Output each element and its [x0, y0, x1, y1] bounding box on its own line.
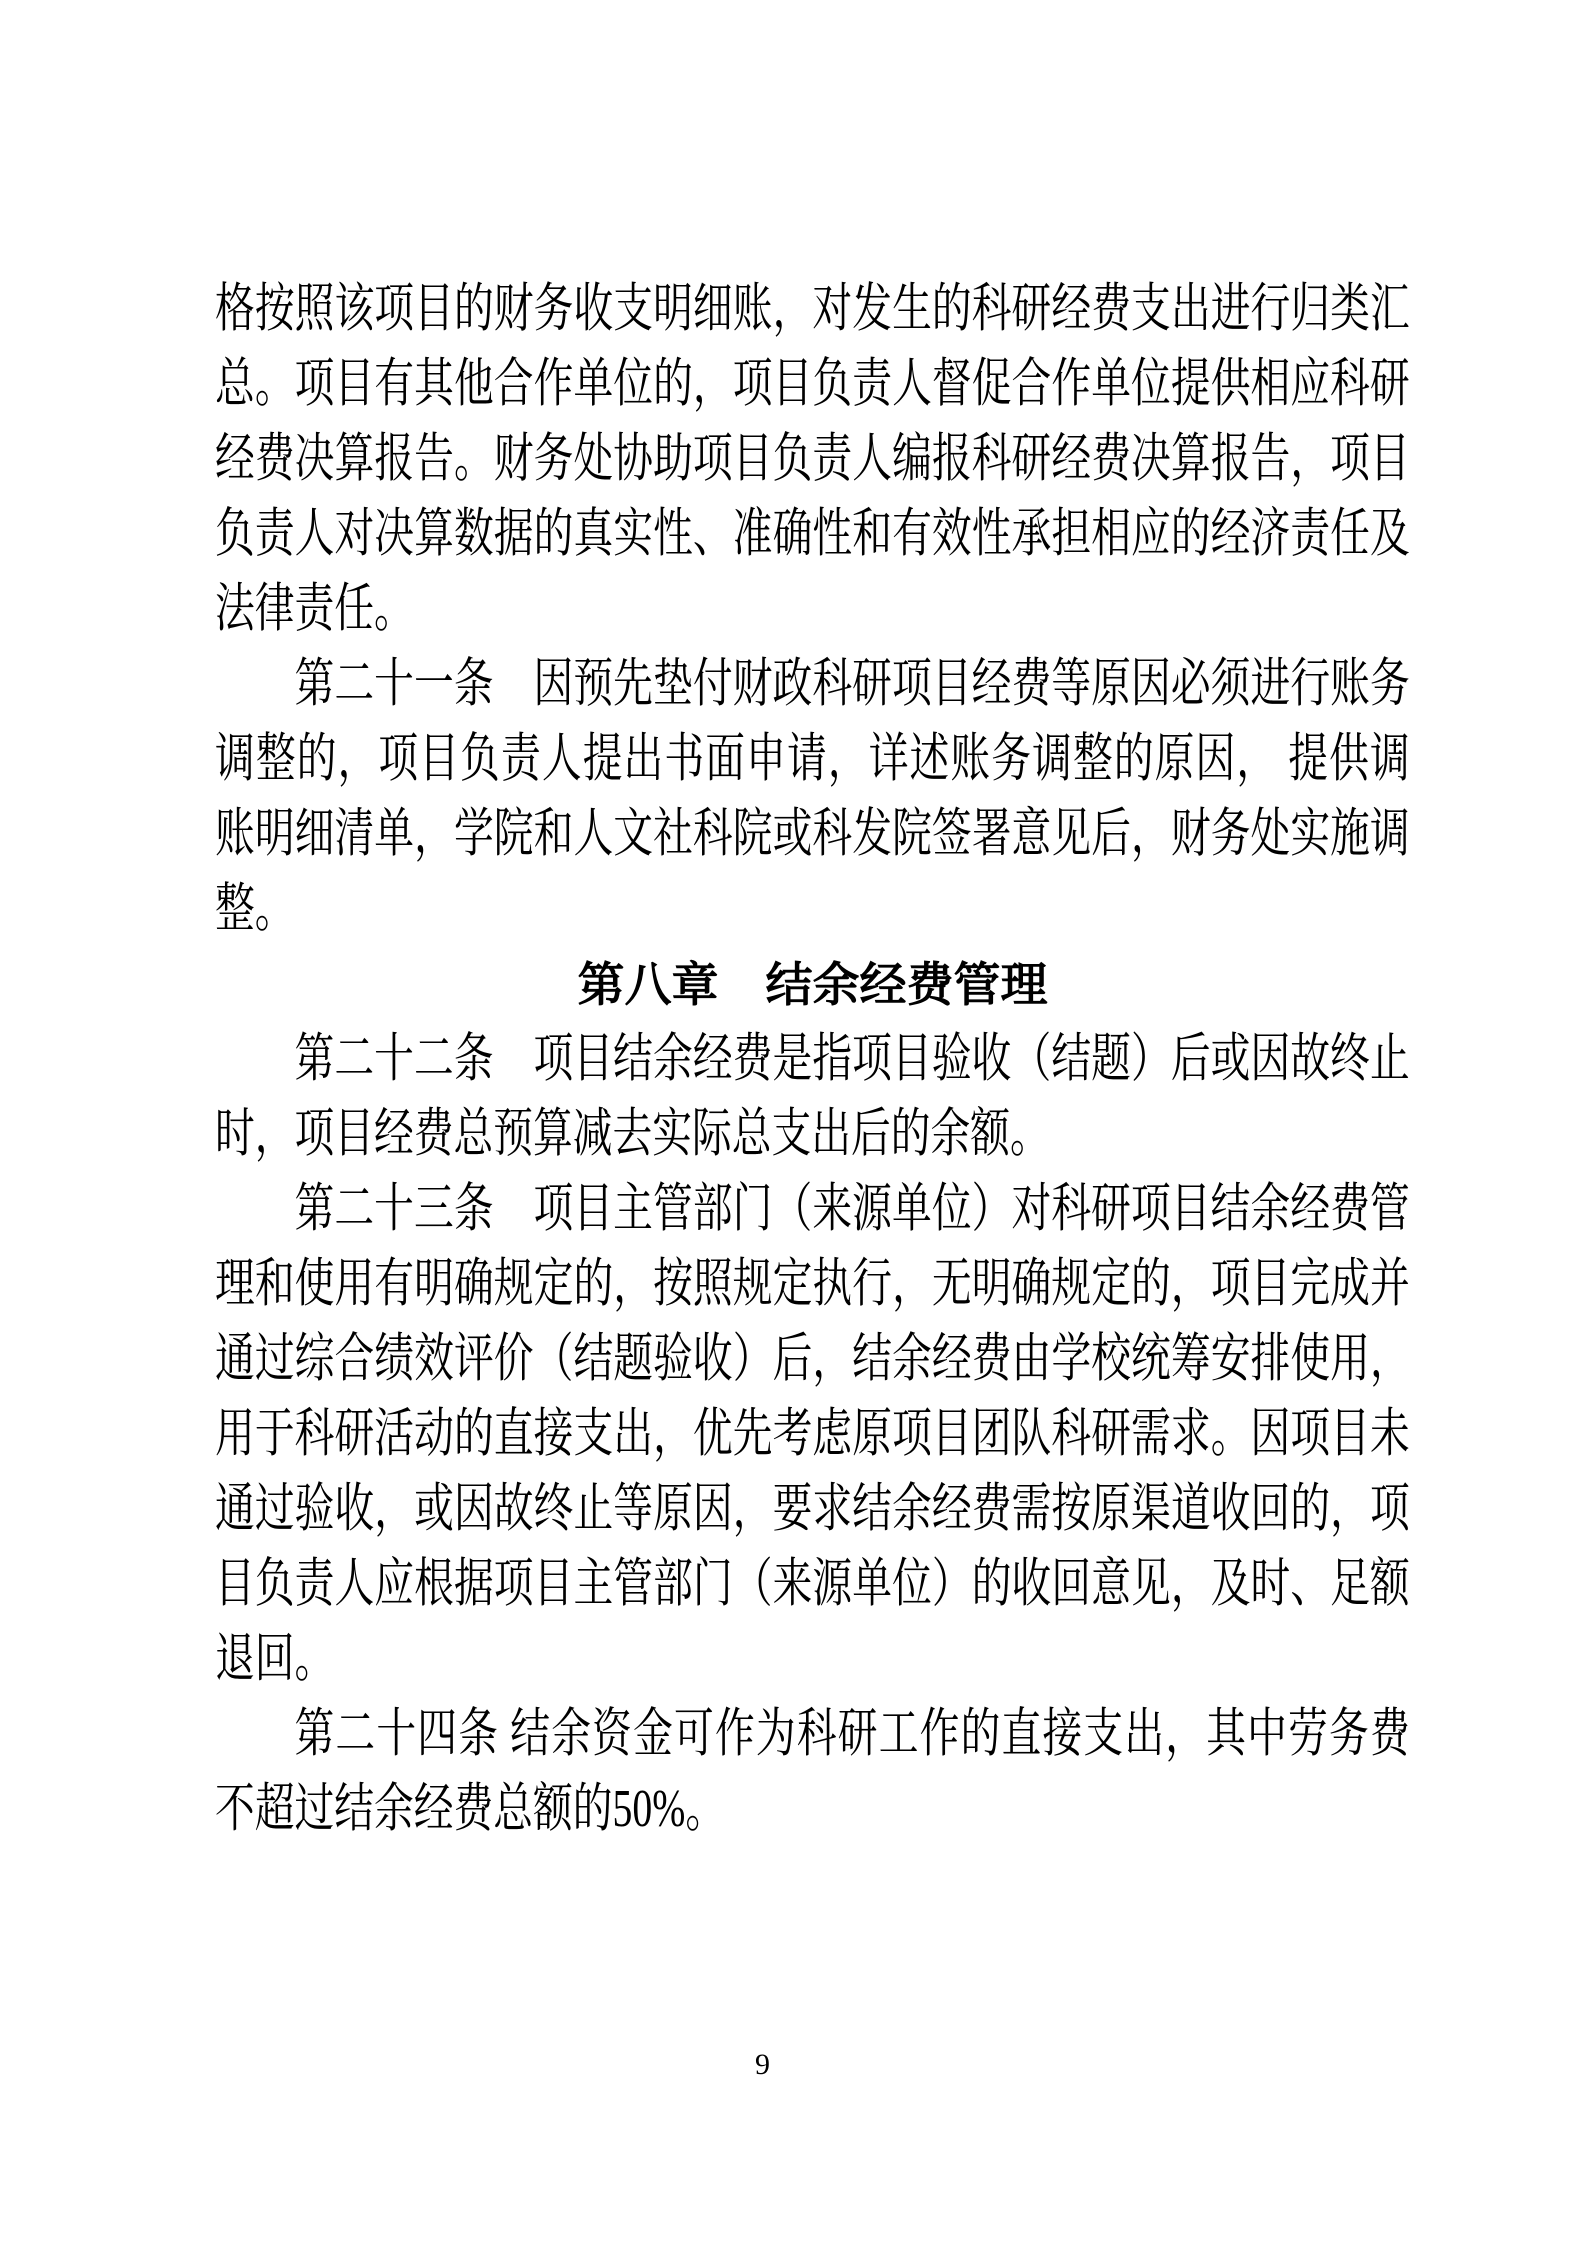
article-23-paragraph: 第二十三条 项目主管部门（来源单位）对科研项目结余经费管理和使用有明确规定的，按… — [215, 1172, 1410, 1697]
article-24-paragraph: 第二十四条 结余资金可作为科研工作的直接支出，其中劳务费不超过结余经费总额的50… — [215, 1697, 1410, 1847]
document-page: 格按照该项目的财务收支明细账，对发生的科研经费支出进行归类汇总。项目有其他合作单… — [0, 0, 1587, 2245]
article-22-paragraph: 第二十二条 项目结余经费是指项目验收（结题）后或因故终止时，项目经费总预算减去实… — [215, 1022, 1410, 1172]
chapter-8-heading: 第八章 结余经费管理 — [215, 947, 1410, 1022]
article-21-paragraph: 第二十一条 因预先垫付财政科研项目经费等原因必须进行账务调整的，项目负责人提出书… — [215, 647, 1410, 947]
document-body: 格按照该项目的财务收支明细账，对发生的科研经费支出进行归类汇总。项目有其他合作单… — [215, 272, 1410, 1847]
page-number: 9 — [0, 2048, 1525, 2081]
body-paragraph-continuation: 格按照该项目的财务收支明细账，对发生的科研经费支出进行归类汇总。项目有其他合作单… — [215, 272, 1410, 647]
